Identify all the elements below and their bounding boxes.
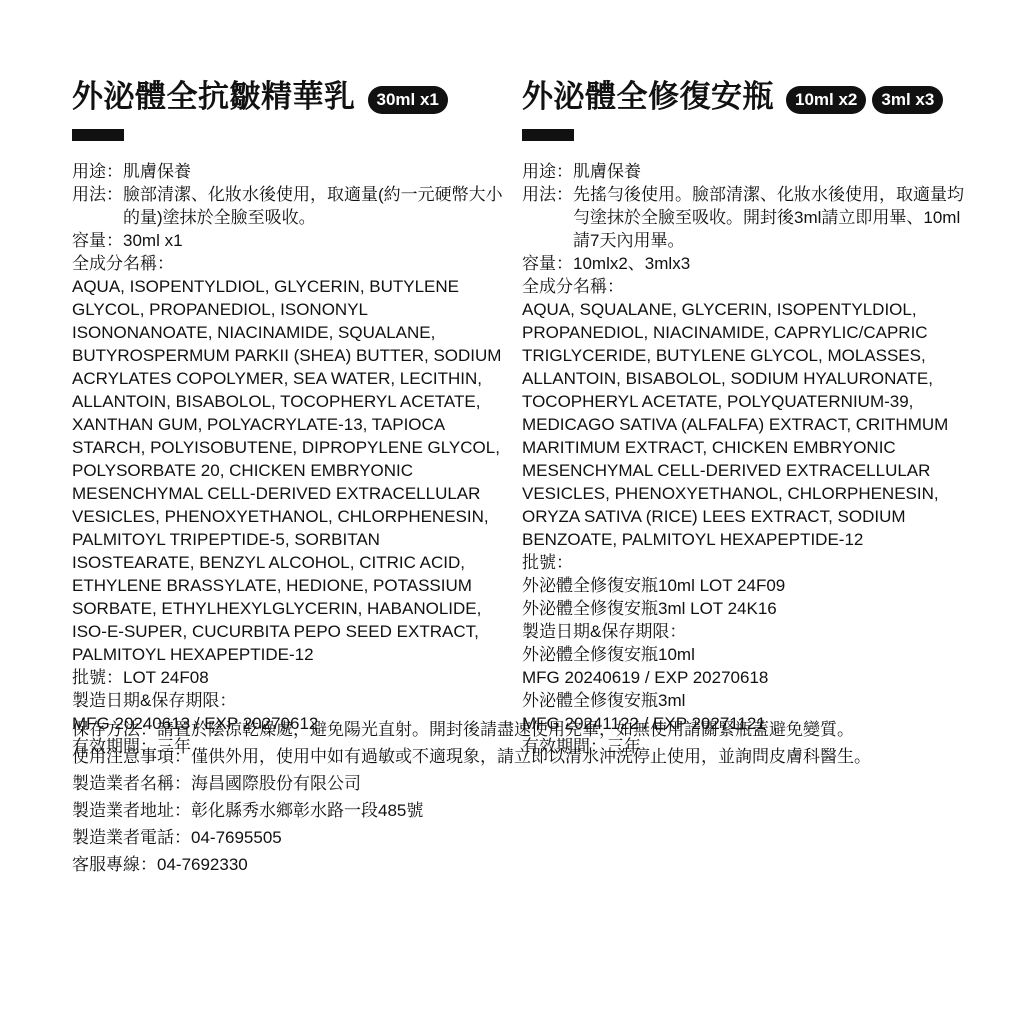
usage-value: 肌膚保養 xyxy=(123,160,506,183)
usage-label: 用途： xyxy=(72,160,123,183)
mfg-exp-heading: 製造日期&保存期限： xyxy=(72,689,506,712)
volume-value: 30ml x1 xyxy=(123,229,506,252)
volume-badge: 3ml x3 xyxy=(872,86,943,114)
manufacturer-footer: 保存方法：請置於陰涼乾燥處，避免陽光直射。開封後請盡速使用完畢，如無使用請關緊瓶… xyxy=(0,706,972,878)
title-underline-bar xyxy=(522,129,574,141)
left-badges: 30ml x1 xyxy=(368,81,448,114)
right-product-title: 外泌體全修復安瓶 xyxy=(522,80,774,114)
product-info-sheet: 外泌體全抗皺精華乳 30ml x1 用途： 肌膚保養 用法： 臉部清潔、化妝水後… xyxy=(0,0,1024,1024)
batch-value: LOT 24F08 xyxy=(123,666,506,689)
title-underline-bar xyxy=(72,129,124,141)
right-badges: 10ml x2 3ml x3 xyxy=(786,81,943,114)
product-columns: 外泌體全抗皺精華乳 30ml x1 用途： 肌膚保養 用法： 臉部清潔、化妝水後… xyxy=(0,0,1024,706)
directions-row: 用法： 臉部清潔、化妝水後使用，取適量(約一元硬幣大小的量)塗抹於全臉至吸收。 xyxy=(72,183,506,229)
ingredients-list: AQUA, SQUALANE, GLYCERIN, ISOPENTYLDIOL,… xyxy=(522,298,968,551)
usage-value: 肌膚保養 xyxy=(573,160,968,183)
batch-line-3ml: 外泌體全修復安瓶3ml LOT 24K16 xyxy=(522,597,968,620)
ingredients-list: AQUA, ISOPENTYLDIOL, GLYCERIN, BUTYLENE … xyxy=(72,275,506,666)
volume-label: 容量： xyxy=(522,252,573,275)
directions-label: 用法： xyxy=(72,183,123,206)
mfg-exp-heading: 製造日期&保存期限： xyxy=(522,620,968,643)
batch-line-10ml: 外泌體全修復安瓶10ml LOT 24F09 xyxy=(522,574,968,597)
left-product-title: 外泌體全抗皺精華乳 xyxy=(72,80,356,114)
mfg-product-3ml: 外泌體全修復安瓶3ml xyxy=(522,689,968,712)
manufacturer-name: 製造業者名稱：海昌國際股份有限公司 xyxy=(72,770,972,797)
usage-label: 用途： xyxy=(522,160,573,183)
directions-value: 先搖勻後使用。臉部清潔、化妝水後使用，取適量均勻塗抹於全臉至吸收。開封後3ml請… xyxy=(573,183,968,252)
right-title-row: 外泌體全修復安瓶 10ml x2 3ml x3 xyxy=(522,80,968,114)
batch-label: 批號： xyxy=(72,666,123,689)
batch-row: 批號： LOT 24F08 xyxy=(72,666,506,689)
volume-label: 容量： xyxy=(72,229,123,252)
ingredients-heading: 全成分名稱： xyxy=(522,275,968,298)
right-product-details: 用途： 肌膚保養 用法： 先搖勻後使用。臉部清潔、化妝水後使用，取適量均勻塗抹於… xyxy=(522,160,968,758)
customer-service-line: 客服專線：04-7692330 xyxy=(72,851,972,878)
left-title-row: 外泌體全抗皺精華乳 30ml x1 xyxy=(72,80,506,114)
left-product-column: 外泌體全抗皺精華乳 30ml x1 用途： 肌膚保養 用法： 臉部清潔、化妝水後… xyxy=(72,80,506,758)
right-product-column: 外泌體全修復安瓶 10ml x2 3ml x3 用途： 肌膚保養 用法： 先搖勻… xyxy=(522,80,968,758)
mfg-product-10ml: 外泌體全修復安瓶10ml xyxy=(522,643,968,666)
storage-instructions: 保存方法：請置於陰涼乾燥處，避免陽光直射。開封後請盡速使用完畢，如無使用請關緊瓶… xyxy=(72,716,972,743)
manufacturer-address: 製造業者地址：彰化縣秀水鄉彰水路一段485號 xyxy=(72,797,972,824)
volume-value: 10mlx2、3mlx3 xyxy=(573,252,968,275)
volume-badge: 10ml x2 xyxy=(786,86,866,114)
volume-row: 容量： 10mlx2、3mlx3 xyxy=(522,252,968,275)
batch-heading: 批號： xyxy=(522,551,968,574)
left-product-details: 用途： 肌膚保養 用法： 臉部清潔、化妝水後使用，取適量(約一元硬幣大小的量)塗… xyxy=(72,160,506,758)
ingredients-heading: 全成分名稱： xyxy=(72,252,506,275)
volume-row: 容量： 30ml x1 xyxy=(72,229,506,252)
volume-badge: 30ml x1 xyxy=(368,86,448,114)
directions-row: 用法： 先搖勻後使用。臉部清潔、化妝水後使用，取適量均勻塗抹於全臉至吸收。開封後… xyxy=(522,183,968,252)
usage-caution: 使用注意事項：僅供外用，使用中如有過敏或不適現象，請立即以清水沖洗停止使用，並詢… xyxy=(72,743,972,770)
directions-value: 臉部清潔、化妝水後使用，取適量(約一元硬幣大小的量)塗抹於全臉至吸收。 xyxy=(123,183,506,229)
directions-label: 用法： xyxy=(522,183,573,206)
usage-row: 用途： 肌膚保養 xyxy=(522,160,968,183)
manufacturer-phone: 製造業者電話：04-7695505 xyxy=(72,824,972,851)
usage-row: 用途： 肌膚保養 xyxy=(72,160,506,183)
mfg-exp-dates-10ml: MFG 20240619 / EXP 20270618 xyxy=(522,666,968,689)
